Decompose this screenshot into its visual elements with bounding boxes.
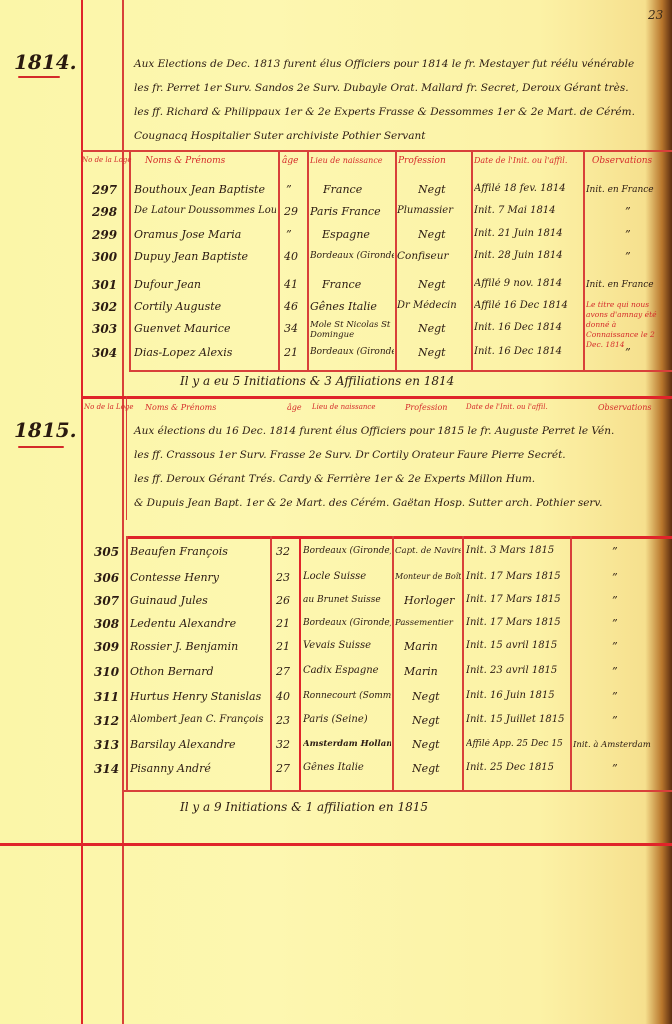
header-observations: Observations — [592, 156, 652, 166]
cell-name: Beaufen François — [130, 545, 268, 558]
cell-profession: Confiseur — [397, 250, 470, 262]
cell-name: De Latour Doussommes Louis F. — [134, 205, 276, 216]
cell-birthplace: Vevais Suisse — [303, 640, 391, 651]
paragraph-line: les fr. Perret 1er Surv. Sandos 2e Surv.… — [134, 76, 664, 100]
table-1814-col-date — [471, 150, 473, 370]
header-birthplace: Lieu de naissance — [310, 156, 383, 165]
table-1815-col-obs — [570, 536, 572, 792]
cell-name: Hurtus Henry Stanislas — [130, 690, 268, 703]
paragraph-line: Aux Elections de Dec. 1813 furent élus O… — [134, 52, 664, 76]
cell-profession: Marin — [404, 665, 462, 678]
cell-name: Guenvet Maurice — [134, 322, 276, 335]
cell-birthplace: France — [323, 183, 395, 196]
cell-no: 314 — [94, 762, 119, 776]
year-1815-underline — [18, 446, 64, 448]
cell-obs: ” — [612, 617, 618, 630]
cell-date: Init. 15 avril 1815 — [466, 640, 570, 651]
paragraph-line: Aux élections du 16 Dec. 1814 furent élu… — [134, 419, 664, 443]
cell-date: Init. 3 Mars 1815 — [466, 545, 570, 556]
cell-no: 299 — [92, 228, 117, 242]
year-1815: 1815. — [14, 418, 77, 442]
cell-obs: ” — [625, 250, 631, 263]
cell-obs: ” — [612, 571, 618, 584]
table-1815-col-date — [462, 536, 464, 792]
cell-profession: Negt — [412, 738, 462, 751]
cell-obs: Init. en France — [586, 280, 670, 290]
cell-name: Rossier J. Benjamin — [130, 640, 268, 653]
cell-obs: Init. en France — [586, 185, 670, 195]
cell-date: Init. 15 Juillet 1815 — [466, 714, 570, 725]
summary-1814: Il y a eu 5 Initiations & 3 Affiliations… — [180, 374, 454, 388]
cell-birthplace: Locle Suisse — [303, 571, 391, 582]
cell-no: 312 — [94, 714, 119, 728]
cell-profession: Marin — [404, 640, 462, 653]
cell-age: 29 — [284, 205, 298, 218]
cell-birthplace: Bordeaux (Gironde) — [303, 546, 391, 556]
table-1815-top-rule — [126, 536, 672, 539]
cell-date: Init. 16 Juin 1815 — [466, 690, 570, 701]
cell-no: 305 — [94, 545, 119, 559]
officers-paragraph-1815: Aux élections du 16 Dec. 1814 furent élu… — [134, 419, 664, 515]
cell-profession: Negt — [412, 762, 462, 775]
cell-birthplace: Gênes Italie — [310, 300, 394, 313]
cell-date: Init. 28 Juin 1814 — [474, 250, 582, 261]
cell-profession: Negt — [418, 278, 470, 291]
cell-name: Pisanny André — [130, 762, 268, 775]
cell-age: 21 — [284, 346, 298, 359]
cell-no: 304 — [92, 346, 117, 360]
paragraph-line: les ff. Deroux Gérant Trés. Cardy & Ferr… — [134, 467, 664, 491]
header-name: Noms & Prénoms — [145, 156, 225, 166]
cell-birthplace: Mole St Nicolas St Domingue — [310, 320, 394, 340]
cell-profession: Negt — [418, 322, 470, 335]
cell-obs: ” — [612, 714, 618, 727]
cell-no: 306 — [94, 571, 119, 585]
cell-obs: ” — [612, 545, 618, 558]
cell-no: 300 — [92, 250, 117, 264]
cell-name: Othon Bernard — [130, 665, 268, 678]
table-1815-col-prof — [392, 536, 394, 792]
cell-profession: Negt — [418, 228, 470, 241]
cell-birthplace: Bordeaux (Gironde) — [310, 251, 394, 261]
table-1815-col-name — [126, 536, 128, 792]
cell-age: 46 — [284, 300, 298, 313]
cell-no: 310 — [94, 665, 119, 679]
cell-profession: Passementier — [395, 618, 461, 628]
table-1815-bottom-rule — [122, 790, 672, 792]
cell-date: Init. 7 Mai 1814 — [474, 205, 582, 216]
cell-name: Contesse Henry — [130, 571, 268, 584]
header-no: No de la Loge — [82, 156, 132, 164]
cell-date: Init. 17 Mars 1815 — [466, 617, 570, 628]
section-divider-1815 — [0, 843, 672, 846]
cell-obs: ” — [612, 762, 618, 775]
cell-date: Affilé App. 25 Dec 15 — [466, 739, 570, 749]
cell-name: Barsilay Alexandre — [130, 738, 268, 751]
cell-profession: Negt — [412, 690, 462, 703]
header-date: Date de l'Init. ou l'affil. — [474, 156, 567, 165]
cell-date: Init. 25 Dec 1815 — [466, 762, 570, 773]
table-1814-col-age — [278, 150, 280, 370]
margin-line-left — [81, 0, 83, 1024]
cell-age: 23 — [276, 571, 290, 584]
cell-birthplace: Ronnecourt (Somme) — [303, 691, 391, 701]
cell-age: 27 — [276, 762, 290, 775]
cell-name: Dias-Lopez Alexis — [134, 346, 276, 359]
header-age: âge — [282, 156, 298, 166]
cell-age: 40 — [284, 250, 298, 263]
cell-age: ” — [286, 183, 292, 196]
cell-birthplace: Gênes Italie — [303, 762, 391, 773]
table-1814-col-birth — [307, 150, 309, 370]
cell-obs: ” — [612, 665, 618, 678]
year-1814: 1814. — [14, 50, 77, 74]
cell-profession: Horloger — [404, 594, 462, 607]
table-1814-col-obs — [583, 150, 585, 370]
cell-birthplace: Bordeaux (Gironde) — [310, 347, 394, 357]
cell-birthplace: Espagne — [322, 228, 394, 241]
cell-birthplace: au Brunet Suisse — [303, 595, 391, 605]
cell-age: 27 — [276, 665, 290, 678]
cell-no: 308 — [94, 617, 119, 631]
cell-no: 309 — [94, 640, 119, 654]
cell-name: Dupuy Jean Baptiste — [134, 250, 276, 263]
cell-birthplace: Cadix Espagne — [303, 665, 391, 676]
cell-age: 32 — [276, 738, 290, 751]
cell-date: Affilé 18 fev. 1814 — [474, 183, 582, 194]
cell-age: 34 — [284, 322, 298, 335]
cell-birthplace: Bordeaux (Gironde) — [303, 618, 391, 628]
cell-birthplace: Amsterdam Hollande — [303, 739, 391, 749]
cell-name: Bouthoux Jean Baptiste — [134, 183, 276, 196]
table-1814-col-name — [129, 150, 131, 370]
table-1814-bottom-rule — [129, 370, 672, 372]
page-number: 23 — [648, 8, 663, 22]
cell-obs: ” — [612, 690, 618, 703]
margin-line-inner — [122, 0, 124, 1024]
header-profession: Profession — [398, 156, 446, 166]
cell-age: 23 — [276, 714, 290, 727]
cell-birthplace: France — [322, 278, 394, 291]
cell-obs: ” — [625, 205, 631, 218]
cell-profession: Monteur de Boîtes — [395, 572, 461, 581]
cell-no: 301 — [92, 278, 117, 292]
officers-paragraph-1814: Aux Elections de Dec. 1813 furent élus O… — [134, 52, 664, 148]
cell-age: 32 — [276, 545, 290, 558]
paragraph-line: les ff. Richard & Philippaux 1er & 2e Ex… — [134, 100, 664, 124]
summary-1815: Il y a 9 Initiations & 1 affiliation en … — [180, 800, 428, 814]
cell-no: 311 — [94, 690, 119, 704]
cell-no: 303 — [92, 322, 117, 336]
cell-date: Affilé 9 nov. 1814 — [474, 278, 582, 289]
cell-profession: Capt. de Navire — [395, 546, 461, 556]
cell-obs: Init. à Amsterdam — [573, 740, 671, 750]
cell-profession: Plumassier — [397, 205, 470, 216]
cell-age: 40 — [276, 690, 290, 703]
cell-name: Guinaud Jules — [130, 594, 268, 607]
cell-name: Cortily Auguste — [134, 300, 276, 313]
table-1815-col-birth — [299, 536, 301, 792]
cell-no: 297 — [92, 183, 117, 197]
cell-name: Ledentu Alexandre — [130, 617, 268, 630]
paragraph-line: les ff. Crassous 1er Surv. Frasse 2e Sur… — [134, 443, 664, 467]
paragraph-line: & Dupuis Jean Bapt. 1er & 2e Mart. des C… — [134, 491, 664, 515]
cell-obs-note: Le titre qui nous avons d'amnay été donn… — [586, 300, 670, 350]
paragraph-line: Cougnacq Hospitalier Suter archiviste Po… — [134, 124, 664, 148]
cell-profession: Negt — [418, 346, 470, 359]
year-1814-underline — [18, 76, 60, 78]
cell-age: 21 — [276, 640, 290, 653]
cell-birthplace: Paris France — [310, 205, 394, 218]
cell-name: Dufour Jean — [134, 278, 276, 291]
cell-profession: Negt — [418, 183, 470, 196]
cell-date: Init. 21 Juin 1814 — [474, 228, 582, 239]
cell-date: Init. 16 Dec 1814 — [474, 322, 582, 333]
cell-no: 313 — [94, 738, 119, 752]
cell-no: 298 — [92, 205, 117, 219]
cell-no: 307 — [94, 594, 119, 608]
cell-date: Init. 17 Mars 1815 — [466, 571, 570, 582]
table-1815-col-age — [270, 536, 272, 792]
cell-age: 21 — [276, 617, 290, 630]
cell-age: 41 — [284, 278, 298, 291]
cell-name: Oramus Jose Maria — [134, 228, 276, 241]
cell-obs: ” — [612, 640, 618, 653]
cell-no: 302 — [92, 300, 117, 314]
cell-age: ” — [286, 228, 292, 241]
cell-obs: ” — [625, 228, 631, 241]
cell-date: Init. 17 Mars 1815 — [466, 594, 570, 605]
cell-profession: Negt — [412, 714, 462, 727]
cell-date: Affilé 16 Dec 1814 — [474, 300, 582, 311]
cell-date: Init. 23 avril 1815 — [466, 665, 570, 676]
cell-age: 26 — [276, 594, 290, 607]
cell-obs: ” — [625, 346, 631, 359]
cell-birthplace: Paris (Seine) — [303, 714, 391, 725]
cell-profession: Dr Médecin — [397, 300, 470, 311]
cell-name: Alombert Jean C. François — [130, 714, 268, 725]
cell-obs: ” — [612, 594, 618, 607]
cell-date: Init. 16 Dec 1814 — [474, 346, 582, 357]
